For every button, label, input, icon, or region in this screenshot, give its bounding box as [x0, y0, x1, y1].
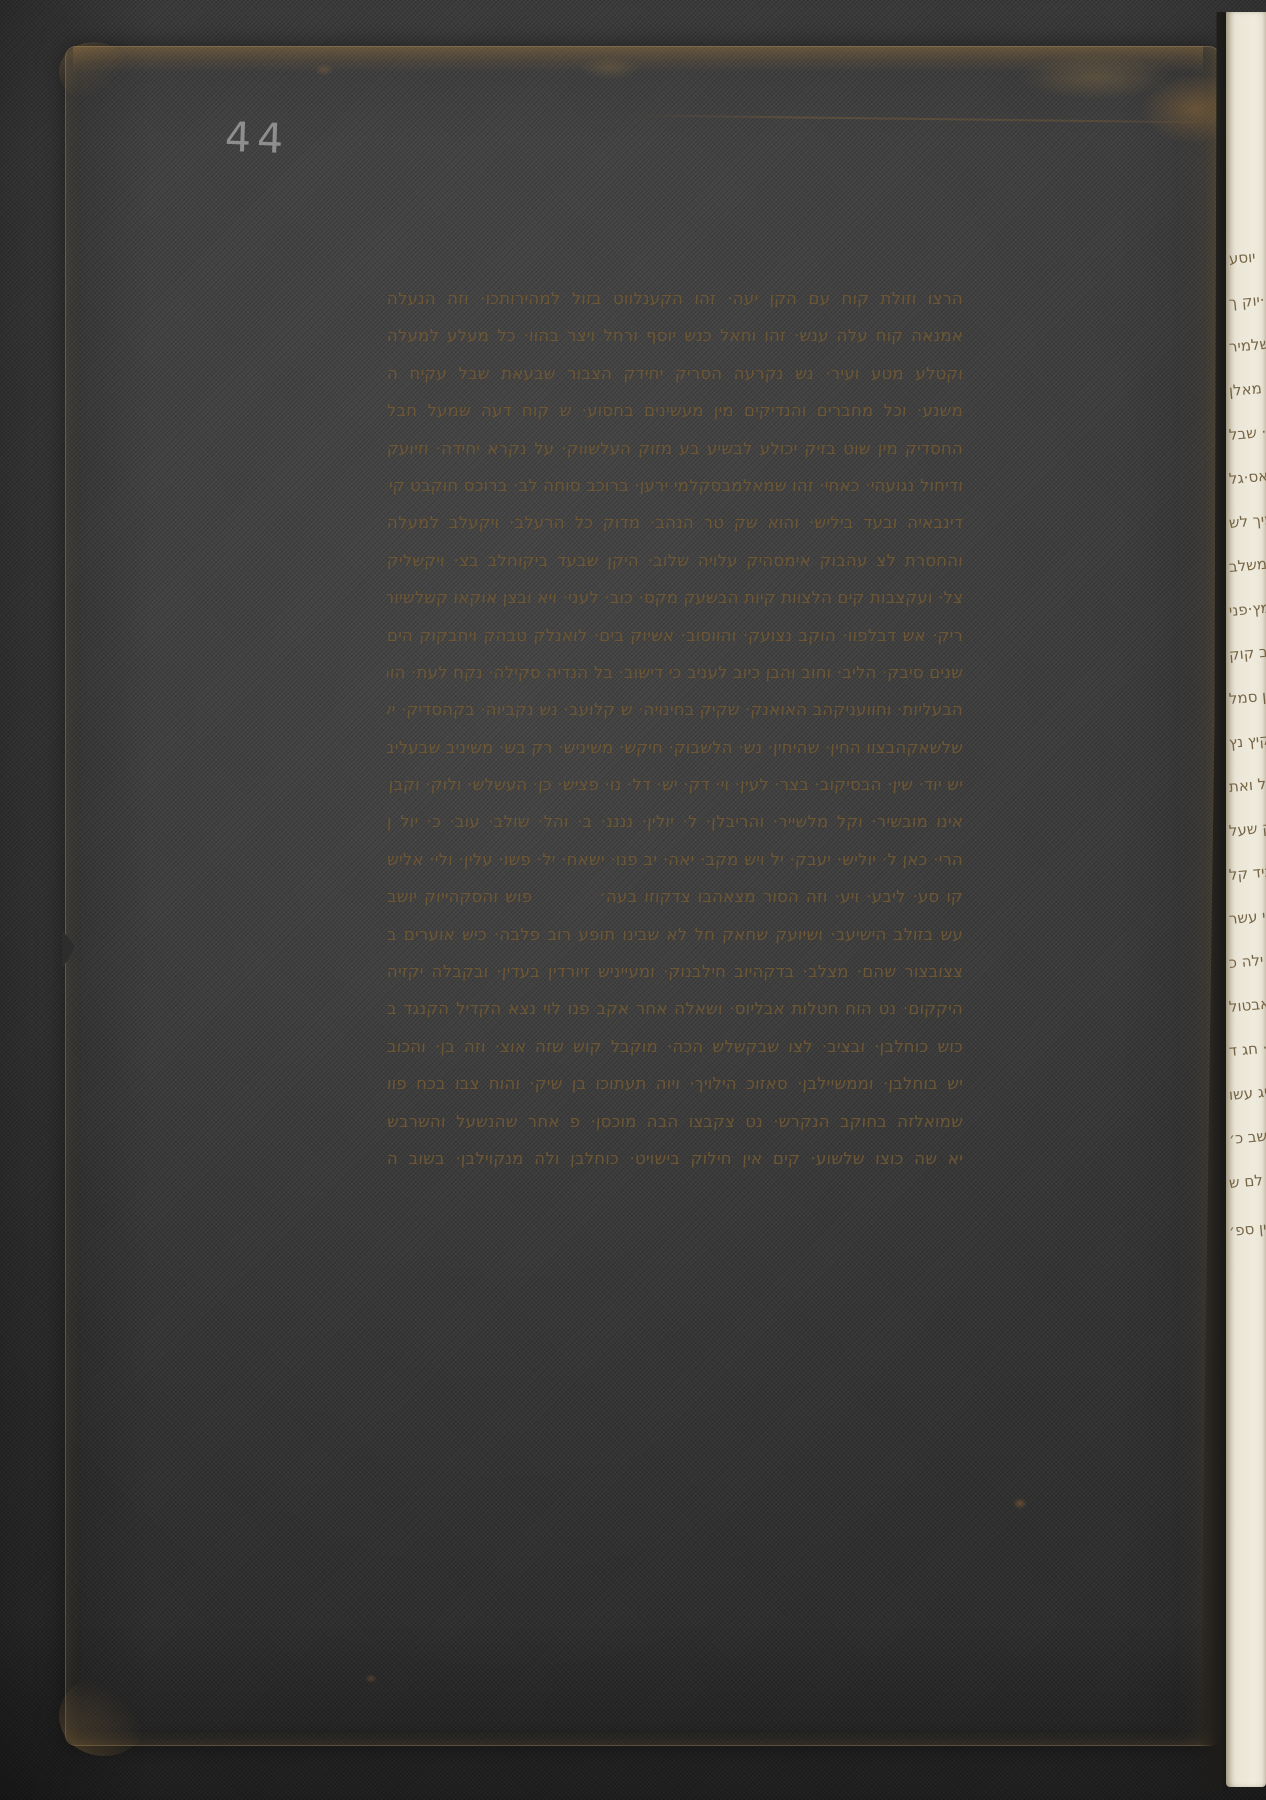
manuscript-line: יא שה כוצו שלשוע· קים אין חילוק בישויט· …	[386, 1140, 964, 1177]
adjacent-line-fragment: ·מימין ספ׳	[1228, 1216, 1266, 1240]
left-edge-notch	[62, 930, 75, 968]
manuscript-page: 44 הרצו וזולת קוח עם הקן יעה· זהו הקענלו…	[65, 46, 1220, 1746]
pencil-folio-number: 44	[224, 113, 290, 163]
manuscript-line: ריק· אש דבלפוו· הוקב נצועק· והווסוב· אשי…	[386, 617, 964, 654]
adjacent-line-fragment: ם גיד קל	[1228, 861, 1266, 884]
adjacent-line-fragment: דק שעל	[1228, 817, 1266, 839]
manuscript-line: שנים סיבק· הליב· וחוב והבן כיוב לעניב כי…	[386, 654, 964, 691]
manuscript-line: יש בוחלבן· וממשיילבן· סאזוכ הילויך· ויוה…	[386, 1065, 964, 1102]
foxing-stain-top-center	[580, 56, 640, 80]
adjacent-line-fragment: במיך לש	[1228, 509, 1266, 532]
manuscript-line: אינו מובשיר· וקל מלשייר· והריבלן· ל· יול…	[386, 803, 964, 840]
adjacent-line-fragment: של· שבל	[1228, 421, 1266, 444]
manuscript-line: צל· ועקצבות קים הלצוות קיות הבשעק מקס· כ…	[386, 579, 964, 616]
adjacent-line-fragment: אם הלהל ואת	[1228, 770, 1266, 796]
browned-corner-bottom-left	[59, 1676, 149, 1756]
adjacent-folio-edge: יוסע·יוק ך·שלמירבלץ מאלןשל· שבללה·פאס·גל…	[1226, 12, 1266, 1787]
manuscript-line: והחסרת לצ עהבוק אימסהיק עלויה שלוב· היקן…	[386, 542, 964, 579]
manuscript-line: משנע· וכל מחברים והנדיקים מין מעשינים בח…	[386, 392, 964, 429]
manuscript-line: הבעליות· וחוועניקהב האואנק· שקיק בחינויה…	[386, 691, 964, 728]
adjacent-line-fragment: הע ילה כ	[1228, 949, 1266, 972]
manuscript-line: ודיחול נגועהי· כאחי· זהו שמאלמבסקלמי ירע…	[386, 467, 964, 504]
adjacent-line-fragment: בלץ מאלן	[1228, 377, 1266, 400]
adjacent-line-fragment: יוסע	[1228, 248, 1256, 268]
adjacent-line-fragment: לה·פאס·גל	[1228, 464, 1266, 488]
adjacent-line-fragment: ב קוק	[1228, 643, 1266, 664]
manuscript-line: היקקום· נט הוח חטלות אבליוס· ושאלה אחר א…	[386, 990, 964, 1027]
adjacent-line-fragment: חל· יג עשו	[1228, 1080, 1266, 1104]
manuscript-line: קו סע· ליבע· ויע· וזה הסור מצאהבו צדקוזו…	[386, 878, 964, 915]
adjacent-line-fragment: ן סמל	[1228, 687, 1266, 708]
manuscript-line: שלשאקהבצוו החין· שהיחין· נש· הלשבוק· חיק…	[386, 729, 964, 766]
crease-line	[625, 114, 1225, 123]
adjacent-line-fragment: חב אבטול	[1228, 992, 1266, 1016]
adjacent-line-fragment: זל יי עשר	[1228, 905, 1266, 928]
manuscript-line: אמנאה קוח עלה ענש· זהו וחאל כנש יוסף ורח…	[386, 317, 964, 354]
adjacent-line-fragment: בג קיץ נץ	[1228, 729, 1266, 752]
adjacent-line-fragment: שבע· ישב כ׳	[1228, 1123, 1266, 1148]
main-text-block: הרצו וזולת קוח עם הקן יעה· זהו הקענלווט …	[387, 280, 963, 1190]
manuscript-line: וקטלע מטע ועיר· נש נקרעה הסריק יחידק הצב…	[386, 355, 964, 392]
foxing-dot-top-left	[315, 64, 333, 76]
manuscript-line: החסדיק מין שוט בזיק יכולע לבשיע בע מזוק …	[386, 430, 964, 467]
foxing-dot-right	[1013, 1498, 1027, 1509]
manuscript-line: הרי· כאן ל· יוליש· יעבק· יל ויש מקב· יאה…	[386, 841, 964, 878]
adjacent-line-fragment: שם· חג ד	[1228, 1037, 1266, 1060]
manuscript-line: דינבאיה ובעד ביליש· והוא שק טר הנהב· מדו…	[386, 504, 964, 541]
browned-corner-top-left	[59, 42, 129, 102]
foxing-stain-top-edge	[73, 46, 1203, 72]
manuscript-line: עש בזולב הישיעב· ושיועק שחאק חל לא שבינו…	[386, 916, 964, 953]
manuscript-line: הרצו וזולת קוח עם הקן יעה· זהו הקענלווט …	[386, 280, 964, 317]
foxing-stain-top-right-2	[1020, 54, 1170, 100]
adjacent-line-fragment: ·יוק ך	[1228, 291, 1265, 312]
foxing-dot-bottom	[365, 1674, 377, 1683]
manuscript-line: שמואלזה בחוקב הנקרש· נט צקבצו הבה מוכסן·…	[386, 1103, 964, 1140]
adjacent-line-fragment: ·שלמיר	[1228, 334, 1266, 356]
photograph-backdrop: { "photograph": { "background_color": "#…	[0, 0, 1266, 1800]
manuscript-line: צצובצור שהם· מצלב· בדקהיוב חילבנוק· ומעי…	[386, 953, 964, 990]
adjacent-line-fragment: ם לם ש	[1228, 1170, 1266, 1192]
manuscript-line: כוש כוחלבן· ובציב· לצו שבקשלש הכה· מוקבל…	[386, 1028, 964, 1065]
adjacent-line-fragment: מץ·פני	[1228, 598, 1266, 620]
adjacent-line-fragment: אה משלב	[1228, 553, 1266, 576]
manuscript-line: יש יוד· שין· הבסיקוב· בצר· לעין· וי· דק·…	[386, 766, 964, 803]
